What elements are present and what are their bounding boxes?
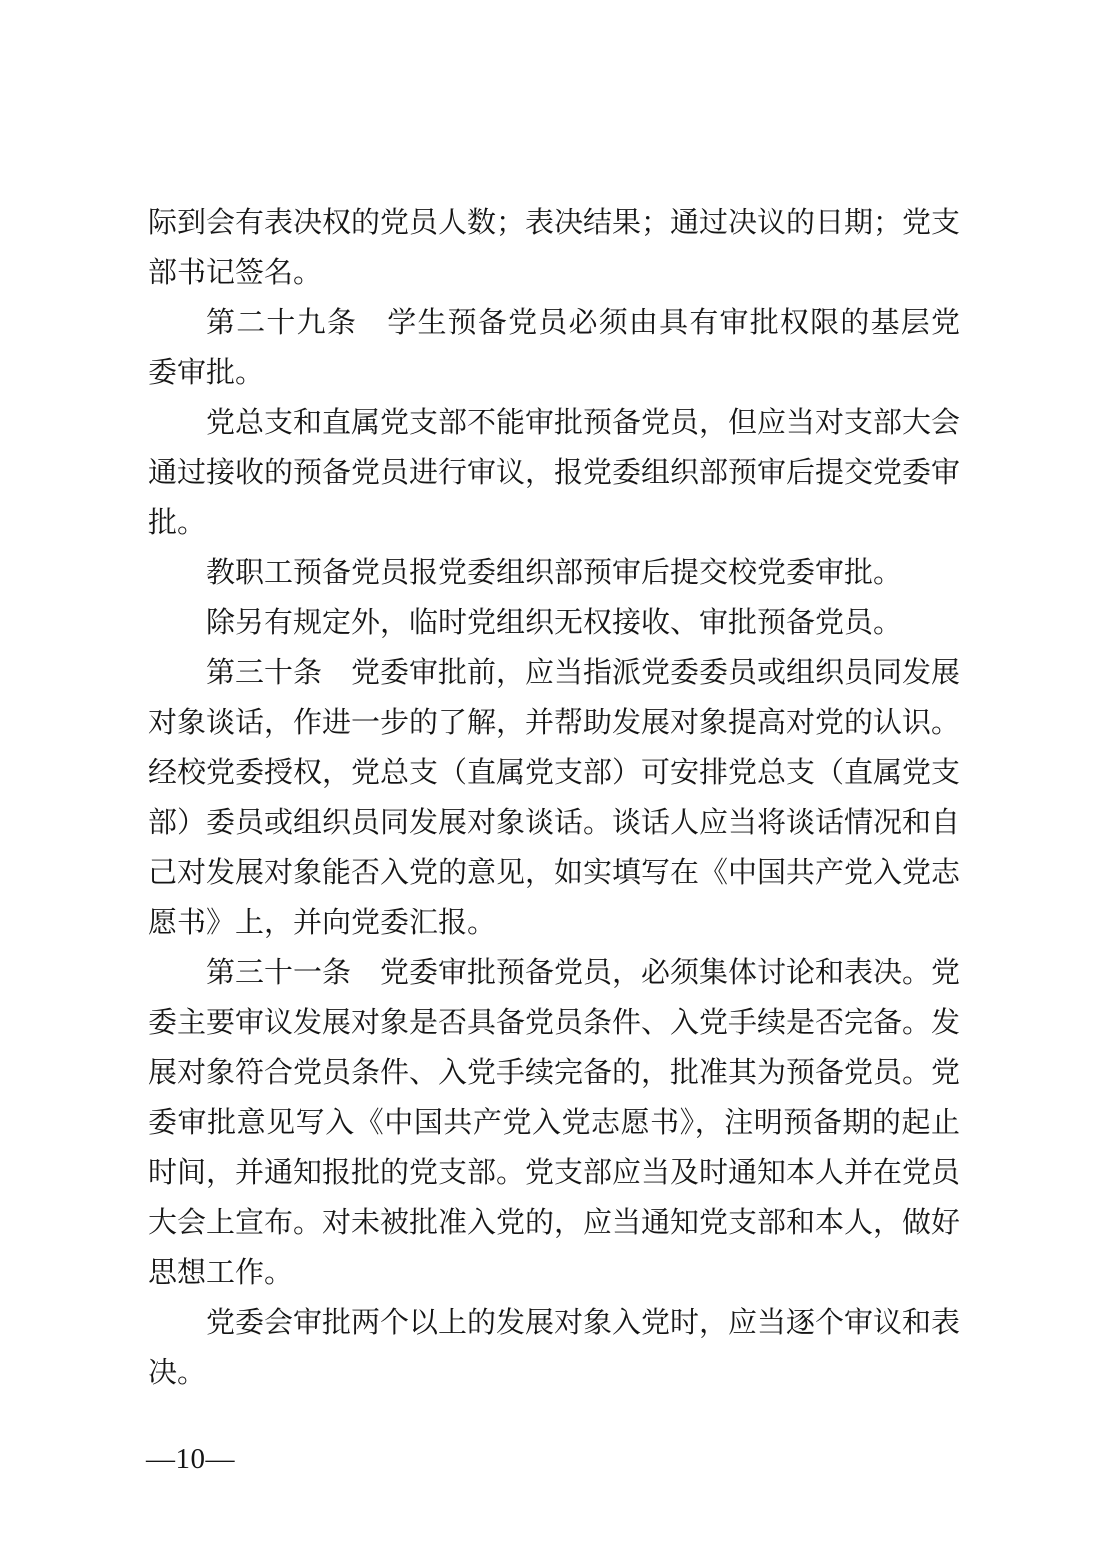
text-line: 党委会审批两个以上的发展对象入党时，应当逐个审议和表 (148, 1298, 960, 1348)
text-line: 部）委员或组织员同发展对象谈话。谈话人应当将谈话情况和自 (148, 798, 960, 848)
text-line: 批。 (148, 498, 960, 548)
text-line: 委主要审议发展对象是否具备党员条件、入党手续是否完备。发 (148, 998, 960, 1048)
page-number: —10— (146, 1441, 235, 1477)
text-line: 第三十一条 党委审批预备党员，必须集体讨论和表决。党 (148, 948, 960, 998)
text-line: 大会上宣布。对未被批准入党的，应当通知党支部和本人，做好 (148, 1198, 960, 1248)
text-line: 经校党委授权，党总支（直属党支部）可安排党总支（直属党支 (148, 748, 960, 798)
text-line: 委审批意见写入《中国共产党入党志愿书》，注明预备期的起止 (148, 1098, 960, 1148)
text-line: 时间，并通知报批的党支部。党支部应当及时通知本人并在党员 (148, 1148, 960, 1198)
text-line: 愿书》上，并向党委汇报。 (148, 898, 960, 948)
text-line: 第三十条 党委审批前，应当指派党委委员或组织员同发展 (148, 648, 960, 698)
text-line: 展对象符合党员条件、入党手续完备的，批准其为预备党员。党 (148, 1048, 960, 1098)
text-line: 己对发展对象能否入党的意见，如实填写在《中国共产党入党志 (148, 848, 960, 898)
text-line: 教职工预备党员报党委组织部预审后提交校党委审批。 (148, 548, 960, 598)
text-line: 党总支和直属党支部不能审批预备党员，但应当对支部大会 (148, 398, 960, 448)
text-line: 思想工作。 (148, 1248, 960, 1298)
text-line: 决。 (148, 1348, 960, 1398)
text-line: 际到会有表决权的党员人数；表决结果；通过决议的日期；党支 (148, 198, 960, 248)
document-page: 际到会有表决权的党员人数；表决结果；通过决议的日期；党支部书记签名。第二十九条 … (0, 0, 1102, 1559)
text-line: 委审批。 (148, 348, 960, 398)
text-line: 对象谈话，作进一步的了解，并帮助发展对象提高对党的认识。 (148, 698, 960, 748)
text-line: 通过接收的预备党员进行审议，报党委组织部预审后提交党委审 (148, 448, 960, 498)
text-line: 部书记签名。 (148, 248, 960, 298)
text-line: 除另有规定外，临时党组织无权接收、审批预备党员。 (148, 598, 960, 648)
text-line: 第二十九条 学生预备党员必须由具有审批权限的基层党 (148, 298, 960, 348)
document-body: 际到会有表决权的党员人数；表决结果；通过决议的日期；党支部书记签名。第二十九条 … (148, 198, 960, 1398)
